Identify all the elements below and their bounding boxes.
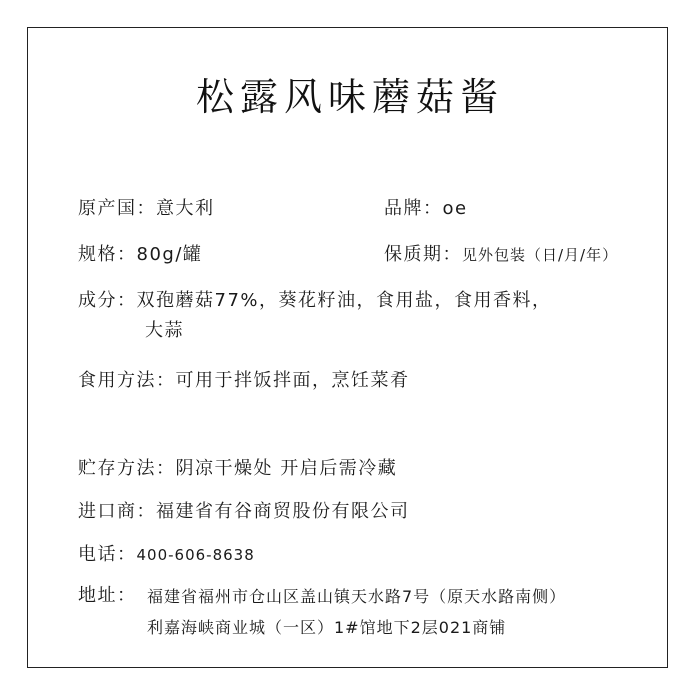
shelf-life-row: 保质期：见外包装（日/月/年）	[384, 243, 618, 267]
brand-row: 品牌：oe	[384, 197, 468, 221]
storage-row: 贮存方法：阴凉干燥处 开启后需冷藏	[78, 457, 397, 481]
ingredients-value-line2: 大蒜	[145, 319, 184, 343]
ingredients-label: 成分：	[78, 290, 137, 311]
shelf-life-value: 见外包装（日/月/年）	[462, 246, 618, 264]
importer-label: 进口商：	[78, 501, 156, 522]
brand-value: oe	[443, 198, 468, 219]
ingredients-row: 成分：双孢蘑菇77%，葵花籽油，食用盐，食用香料，	[78, 289, 552, 313]
address-value-line2: 利嘉海峡商业城（一区）1#馆地下2层021商铺	[147, 617, 506, 639]
importer-value: 福建省有谷商贸股份有限公司	[156, 501, 410, 522]
phone-row: 电话：400-606-8638	[78, 543, 255, 567]
address-row: 地址：	[78, 584, 137, 608]
address-label: 地址：	[78, 585, 137, 606]
usage-label: 食用方法：	[78, 370, 176, 391]
ingredients-value-line1: 双孢蘑菇77%，葵花籽油，食用盐，食用香料，	[137, 290, 552, 311]
phone-label: 电话：	[78, 544, 137, 565]
spec-label: 规格：	[78, 244, 137, 265]
importer-row: 进口商：福建省有谷商贸股份有限公司	[78, 500, 410, 524]
shelf-life-label: 保质期：	[384, 244, 462, 265]
usage-value: 可用于拌饭拌面，烹饪菜肴	[176, 370, 410, 391]
origin-value: 意大利	[156, 198, 215, 219]
product-label-card	[27, 27, 668, 668]
product-title: 松露风味蘑菇酱	[0, 72, 700, 122]
spec-value: 80g/罐	[137, 244, 203, 265]
storage-label: 贮存方法：	[78, 458, 176, 479]
phone-value: 400-606-8638	[137, 546, 255, 564]
usage-row: 食用方法：可用于拌饭拌面，烹饪菜肴	[78, 369, 410, 393]
brand-label: 品牌：	[384, 198, 443, 219]
spec-row: 规格：80g/罐	[78, 243, 202, 267]
origin-row: 原产国：意大利	[78, 197, 215, 221]
address-value-line1: 福建省福州市仓山区盖山镇天水路7号（原天水路南侧）	[147, 586, 566, 608]
origin-label: 原产国：	[78, 198, 156, 219]
storage-value: 阴凉干燥处 开启后需冷藏	[176, 458, 398, 479]
